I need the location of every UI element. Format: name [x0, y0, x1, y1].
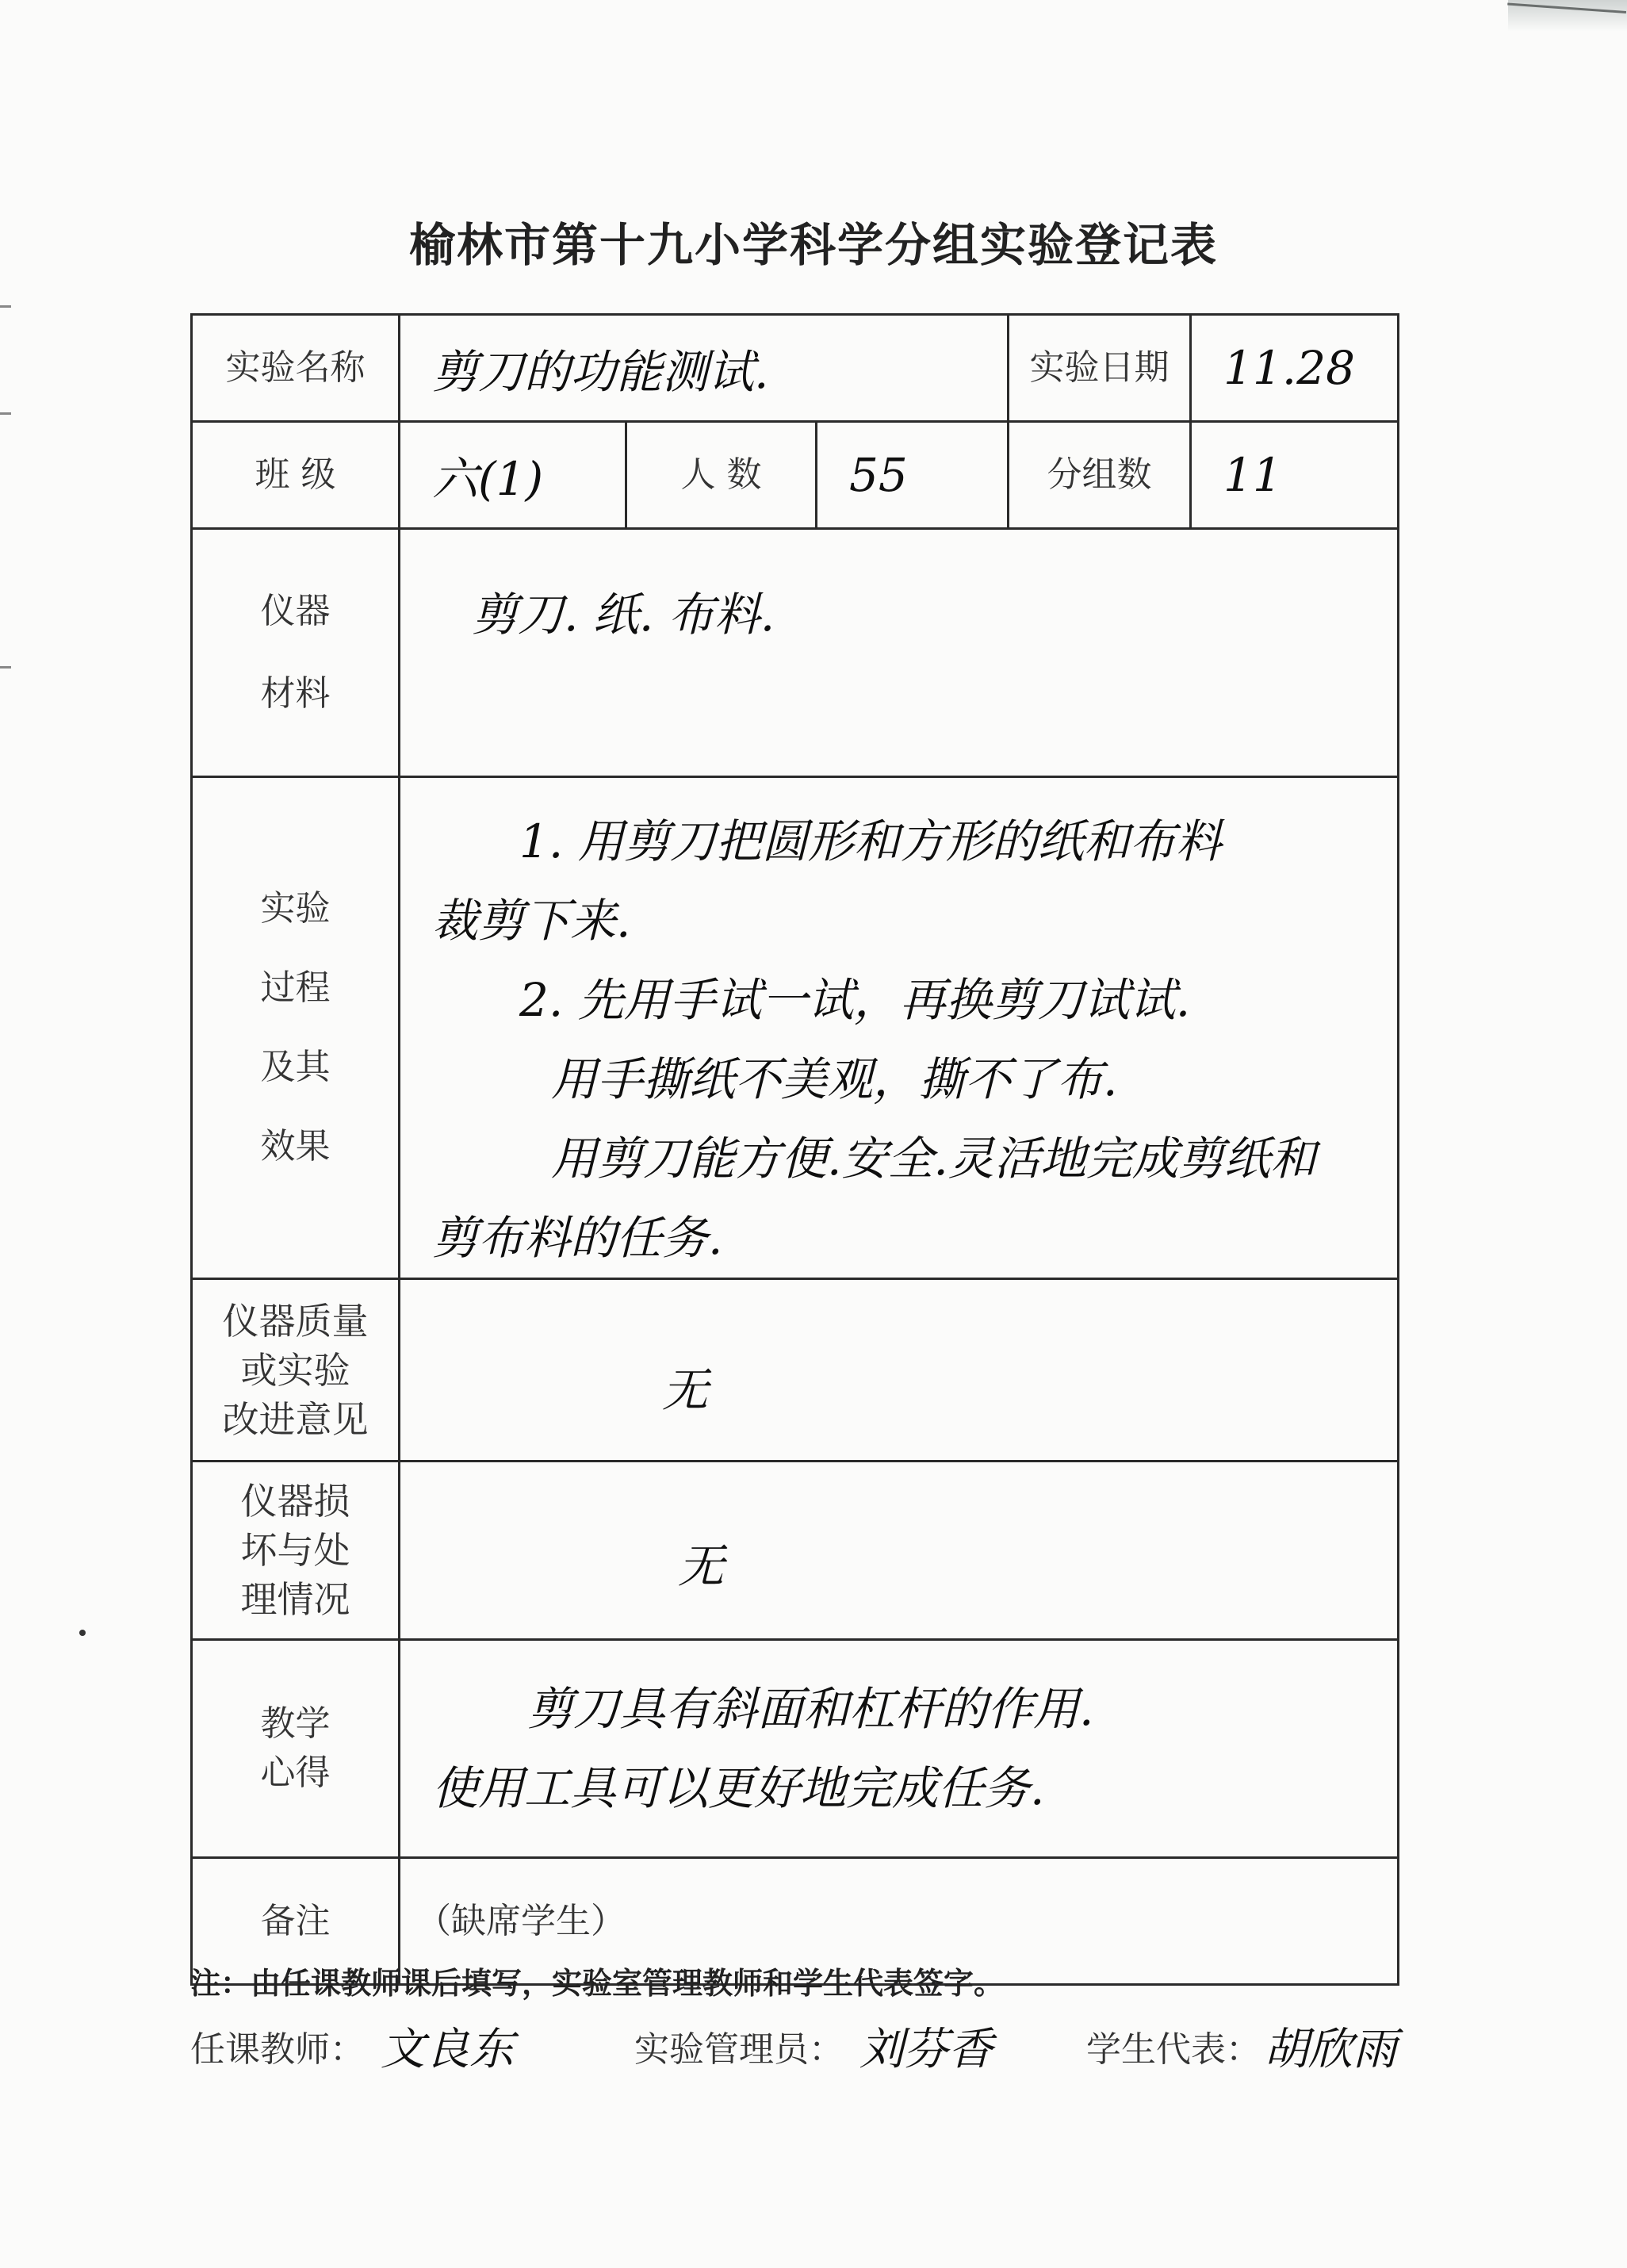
label-line: 教学 [193, 1699, 398, 1749]
label-class: 班 级 [192, 422, 400, 529]
student-label: 学生代表： [1086, 2021, 1261, 2071]
student-signature[interactable]: 胡欣雨 [1264, 2014, 1397, 2078]
row-instruments: 仪器 材料 剪刀. 纸. 布料. [192, 529, 1399, 777]
process-line: 用剪刀能方便.安全.灵活地完成剪纸和 [432, 1119, 1397, 1198]
admin-signature[interactable]: 刘芬香 [859, 2014, 993, 2078]
label-line: 过程 [193, 948, 398, 1028]
label-line: 仪器 [193, 586, 398, 637]
process-line: 裁剪下来. [432, 881, 1397, 960]
value-experiment-date[interactable]: 11.28 [1191, 315, 1399, 422]
label-line: 及其 [193, 1028, 398, 1107]
teacher-signature[interactable]: 文良东 [381, 2014, 514, 2078]
label-line: 心得 [193, 1749, 398, 1798]
row-class-info: 班 级 六(1) 人 数 55 分组数 11 [192, 422, 1399, 529]
label-line: 或实验 [193, 1346, 398, 1395]
admin-label: 实验管理员： [634, 2021, 844, 2071]
label-instruments: 仪器 材料 [192, 529, 400, 777]
value-instruments[interactable]: 剪刀. 纸. 布料. [400, 529, 1399, 777]
value-group-count[interactable]: 11 [1191, 422, 1399, 529]
row-process: 实验 过程 及其 效果 1. 用剪刀把圆形和方形的纸和布料 裁剪下来. 2. 先… [192, 777, 1399, 1279]
value-process[interactable]: 1. 用剪刀把圆形和方形的纸和布料 裁剪下来. 2. 先用手试一试，再换剪刀试试… [400, 777, 1399, 1279]
label-line: 理情况 [193, 1575, 398, 1624]
label-line: 效果 [193, 1107, 398, 1186]
label-line: 材料 [193, 669, 398, 719]
label-line: 实验 [193, 869, 398, 948]
row-experiment-name: 实验名称 剪刀的功能测试. 实验日期 11.28 [192, 315, 1399, 422]
label-line: 坏与处 [193, 1526, 398, 1575]
teacher-signature-block: 任课教师： 文良东 [190, 2014, 514, 2078]
label-experiment-name: 实验名称 [192, 315, 400, 422]
label-line: 仪器质量 [193, 1297, 398, 1346]
label-line: 改进意见 [193, 1395, 398, 1444]
process-line: 2. 先用手试一试，再换剪刀试试. [432, 960, 1397, 1040]
signature-row: 任课教师： 文良东 实验管理员： 刘芬香 学生代表： 胡欣雨 [190, 2014, 1397, 2094]
row-reflection: 教学 心得 剪刀具有斜面和杠杆的作用. 使用工具可以更好地完成任务. [192, 1640, 1399, 1858]
admin-signature-block: 实验管理员： 刘芬香 [634, 2014, 993, 2078]
student-signature-block: 学生代表： 胡欣雨 [1086, 2014, 1397, 2078]
value-headcount[interactable]: 55 [817, 422, 1009, 529]
value-experiment-name[interactable]: 剪刀的功能测试. [400, 315, 1009, 422]
reflection-line: 使用工具可以更好地完成任务. [432, 1749, 1397, 1828]
margin-mark [0, 305, 11, 308]
label-damage: 仪器损 坏与处 理情况 [192, 1462, 400, 1640]
label-process: 实验 过程 及其 效果 [192, 777, 400, 1279]
process-line: 剪布料的任务. [432, 1198, 1397, 1278]
value-quality[interactable]: 无 [400, 1279, 1399, 1462]
reflection-line: 剪刀具有斜面和杠杆的作用. [432, 1669, 1397, 1749]
margin-mark [0, 412, 11, 415]
value-damage[interactable]: 无 [400, 1462, 1399, 1640]
footer-note: 注：由任课教师课后填写，实验室管理教师和学生代表签字。 [190, 1959, 1004, 2002]
process-line: 用手撕纸不美观，撕不了布. [432, 1040, 1397, 1119]
row-quality: 仪器质量 或实验 改进意见 无 [192, 1279, 1399, 1462]
label-quality: 仪器质量 或实验 改进意见 [192, 1279, 400, 1462]
process-line: 1. 用剪刀把圆形和方形的纸和布料 [432, 802, 1397, 881]
label-reflection: 教学 心得 [192, 1640, 400, 1858]
value-class[interactable]: 六(1) [400, 422, 626, 529]
row-damage: 仪器损 坏与处 理情况 无 [192, 1462, 1399, 1640]
label-line: 仪器损 [193, 1477, 398, 1526]
form-title: 榆林市第十九小学科学分组实验登记表 [0, 208, 1627, 274]
label-headcount: 人 数 [626, 422, 817, 529]
registration-table: 实验名称 剪刀的功能测试. 实验日期 11.28 班 级 六(1) 人 数 55… [190, 313, 1399, 1986]
value-reflection[interactable]: 剪刀具有斜面和杠杆的作用. 使用工具可以更好地完成任务. [400, 1640, 1399, 1858]
label-group-count: 分组数 [1009, 422, 1191, 529]
ink-speck [79, 1630, 86, 1636]
teacher-label: 任课教师： [190, 2021, 365, 2071]
margin-mark [0, 666, 11, 669]
label-experiment-date: 实验日期 [1009, 315, 1191, 422]
